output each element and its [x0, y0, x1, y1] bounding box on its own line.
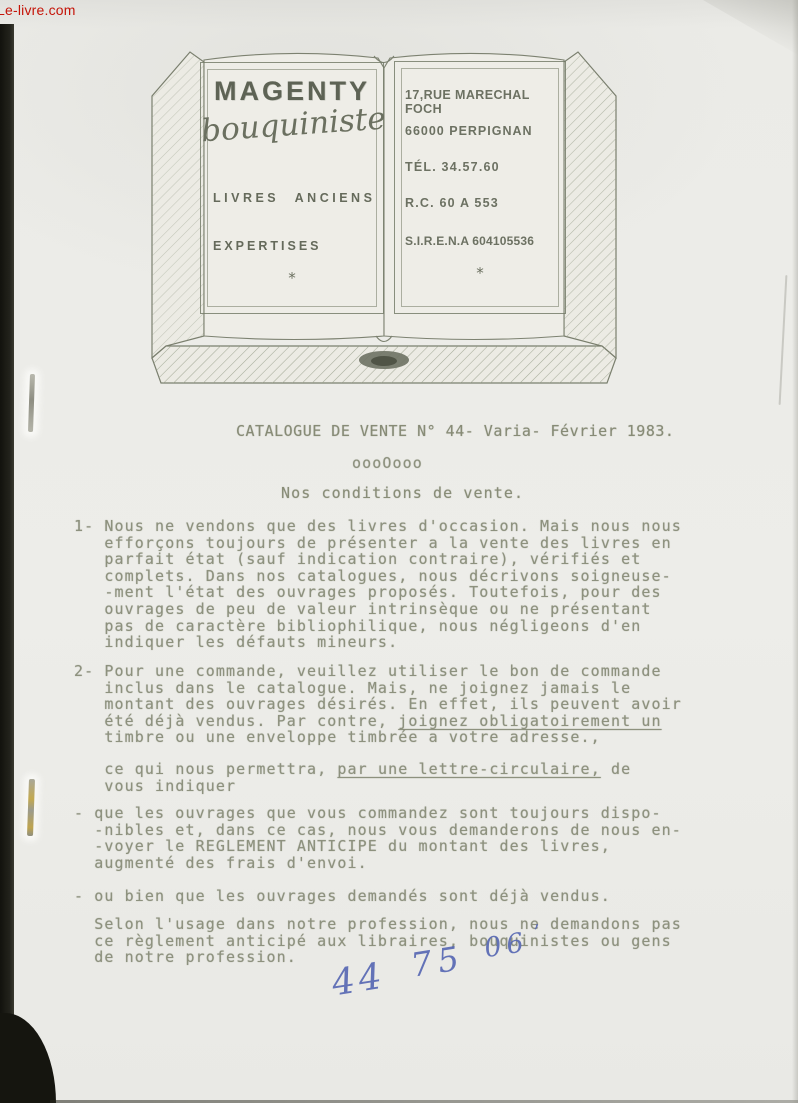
book-right-page: 17,RUE MARECHAL FOCH 66000 PERPIGNAN TÉL… — [394, 61, 566, 314]
paragraph-2-text-end: timbre ou une enveloppe timbrée a votre … — [74, 728, 601, 746]
note-text: ce qui nous permettra, — [74, 760, 337, 778]
condition-paragraph-1: 1- Nous ne vendons que des livres d'occa… — [74, 518, 682, 651]
bullet-sold-works: - ou bien que les ouvrages demandés sont… — [74, 888, 611, 905]
staple-mark-bottom — [27, 779, 35, 836]
scan-right-edge — [792, 0, 798, 1103]
note-underlined-text: par une lettre-circulaire, — [337, 760, 600, 778]
address-city: 66000 PERPIGNAN — [405, 124, 533, 138]
siren-number: S.I.R.E.N.A 604105536 — [405, 234, 534, 248]
circular-letter-note: ce qui nous permettra, par une lettre-ci… — [74, 761, 631, 794]
scan-top-right-corner — [703, 0, 798, 55]
handwritten-number: 44 — [329, 955, 389, 1004]
handwritten-number: 06 — [482, 927, 531, 965]
address-street: 17,RUE MARECHAL FOCH — [405, 88, 565, 116]
condition-paragraph-2: 2- Pour une commande, veuillez utiliser … — [74, 663, 682, 746]
asterisk-mark: * — [395, 264, 565, 282]
asterisk-mark: * — [201, 269, 383, 287]
left-page-line-livres-anciens: LIVRES ANCIENS — [213, 191, 375, 205]
phone-number: TÉL. 34.57.60 — [405, 160, 500, 174]
catalogue-title: CATALOGUE DE VENTE N° 44- Varia- Février… — [236, 423, 674, 440]
paper-tear-mark — [779, 275, 788, 405]
bullet-available-works: - que les ouvrages que vous commandez so… — [74, 805, 682, 871]
site-watermark: Le-livre.com — [0, 2, 76, 18]
left-page-line-expertises: EXPERTISES — [213, 239, 322, 253]
handwritten-number: 75 — [408, 938, 467, 985]
rc-number: R.C. 60 A 553 — [405, 196, 499, 210]
book-left-page: MAGENTY bouquiniste LIVRES ANCIENS EXPER… — [200, 62, 384, 314]
staple-mark-top — [28, 374, 35, 432]
decorative-separator: oooOooo — [352, 455, 423, 472]
scanned-document-page: Le-livre.com — [0, 0, 798, 1103]
scan-left-edge — [0, 24, 14, 1103]
open-book-illustration: MAGENTY bouquiniste LIVRES ANCIENS EXPER… — [138, 42, 630, 390]
scan-bottom-left-shadow — [0, 1013, 56, 1103]
conditions-heading: Nos conditions de vente. — [281, 485, 524, 502]
